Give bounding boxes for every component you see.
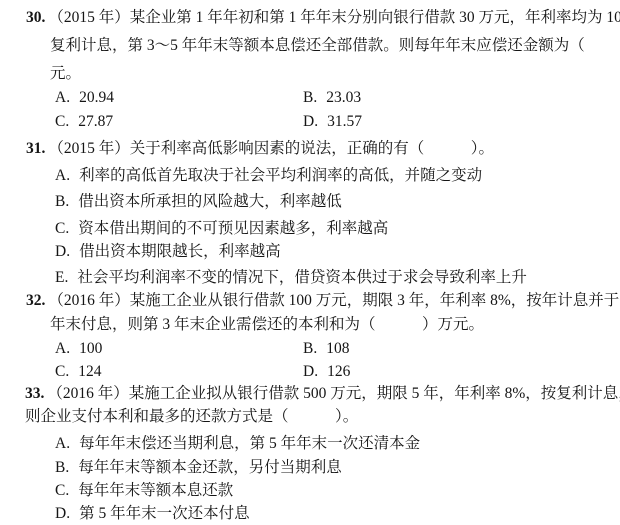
question-30-line-3: 元。 xyxy=(50,64,81,83)
question-32-option-c: C.124 xyxy=(55,362,101,381)
question-31-option-b: B.借出资本所承担的风险越大，利率越低 xyxy=(55,192,342,211)
question-30-option-d: D.31.57 xyxy=(303,112,362,131)
question-33-option-a: A.每年年末偿还当期利息，第 5 年年末一次还清本金 xyxy=(55,434,420,453)
option-label: C. xyxy=(55,113,69,130)
option-text: 100 xyxy=(79,340,102,357)
question-32-line-1: 32.（2016 年）某施工企业从银行借款 100 万元，期限 3 年，年利率 … xyxy=(26,291,620,310)
option-label: D. xyxy=(303,363,318,380)
option-label: B. xyxy=(303,340,317,357)
question-32-option-d: D.126 xyxy=(303,362,350,381)
option-text: 借出资本期限越长，利率越高 xyxy=(79,243,281,260)
question-30-line-2: 复利计息，第 3～5 年年末等额本息偿还全部借款。则每年年末应偿还金额为（ ）万 xyxy=(50,36,620,55)
option-text: 27.87 xyxy=(78,113,113,130)
question-33-line-2: 则企业支付本利和最多的还款方式是（ ）。 xyxy=(25,407,358,426)
option-label: B. xyxy=(303,89,317,106)
option-label: C. xyxy=(55,220,69,237)
option-text: 126 xyxy=(327,363,350,380)
question-31-line-1: 31.（2015 年）关于利率高低影响因素的说法，正确的有（ ）。 xyxy=(26,139,494,158)
option-label: A. xyxy=(55,89,70,106)
question-31-option-d: D.借出资本期限越长，利率越高 xyxy=(55,242,281,261)
question-32-option-a: A.100 xyxy=(55,339,102,358)
question-33-stem-1: （2016 年）某施工企业拟从银行借款 500 万元，期限 5 年，年利率 8%… xyxy=(47,385,620,402)
option-text: 借出资本所承担的风险越大，利率越低 xyxy=(78,193,342,210)
option-text: 124 xyxy=(78,363,101,380)
option-label: A. xyxy=(55,435,70,452)
option-text: 每年年末偿还当期利息，第 5 年年末一次还清本金 xyxy=(79,435,420,452)
question-30-stem-3: 元。 xyxy=(50,65,81,82)
option-label: C. xyxy=(55,363,69,380)
question-30-line-1: 30.（2015 年）某企业第 1 年年初和第 1 年年末分别向银行借款 30 … xyxy=(26,8,620,27)
option-label: B. xyxy=(55,459,69,476)
question-30-stem-1: （2015 年）某企业第 1 年年初和第 1 年年末分别向银行借款 30 万元，… xyxy=(48,9,620,26)
question-33-number: 33. xyxy=(25,385,44,402)
option-text: 资本借出期间的不可预见因素越多，利率越高 xyxy=(78,220,388,237)
question-33-option-d: D.第 5 年年末一次还本付息 xyxy=(55,504,250,523)
question-31-option-e: E.社会平均利润率不变的情况下，借贷资本供过于求会导致利率上升 xyxy=(55,268,527,287)
option-text: 108 xyxy=(326,340,349,357)
question-32-stem-1: （2016 年）某施工企业从银行借款 100 万元，期限 3 年，年利率 8%，… xyxy=(48,292,620,309)
option-label: A. xyxy=(55,167,70,184)
option-label: D. xyxy=(55,243,70,260)
question-30-stem-2: 复利计息，第 3～5 年年末等额本息偿还全部借款。则每年年末应偿还金额为（ ）万 xyxy=(50,37,620,54)
option-text: 23.03 xyxy=(326,89,361,106)
question-33-line-1: 33.（2016 年）某施工企业拟从银行借款 500 万元，期限 5 年，年利率… xyxy=(25,384,620,403)
document-page: 30.（2015 年）某企业第 1 年年初和第 1 年年末分别向银行借款 30 … xyxy=(0,0,620,525)
question-32-line-2: 年末付息，则第 3 年末企业需偿还的本利和为（ ）万元。 xyxy=(50,315,484,334)
option-text: 31.57 xyxy=(327,113,362,130)
question-33-option-b: B.每年年末等额本金还款，另付当期利息 xyxy=(55,458,342,477)
question-33-option-c: C.每年年末等额本息还款 xyxy=(55,481,233,500)
option-text: 社会平均利润率不变的情况下，借贷资本供过于求会导致利率上升 xyxy=(77,269,527,286)
option-text: 每年年末等额本息还款 xyxy=(78,482,233,499)
question-32-stem-2: 年末付息，则第 3 年末企业需偿还的本利和为（ ）万元。 xyxy=(50,316,484,333)
option-text: 第 5 年年末一次还本付息 xyxy=(79,505,250,522)
option-label: D. xyxy=(55,505,70,522)
option-label: C. xyxy=(55,482,69,499)
question-30-option-a: A.20.94 xyxy=(55,88,114,107)
question-31-option-a: A.利率的高低首先取决于社会平均利润率的高低，并随之变动 xyxy=(55,166,482,185)
option-label: D. xyxy=(303,113,318,130)
option-label: B. xyxy=(55,193,69,210)
option-label: E. xyxy=(55,269,68,286)
option-text: 利率的高低首先取决于社会平均利润率的高低，并随之变动 xyxy=(79,167,482,184)
question-30-option-b: B.23.03 xyxy=(303,88,361,107)
option-label: A. xyxy=(55,340,70,357)
option-text: 每年年末等额本金还款，另付当期利息 xyxy=(78,459,342,476)
question-30-option-c: C.27.87 xyxy=(55,112,113,131)
question-33-stem-2: 则企业支付本利和最多的还款方式是（ ）。 xyxy=(25,408,358,425)
question-31-number: 31. xyxy=(26,140,45,157)
option-text: 20.94 xyxy=(79,89,114,106)
question-32-number: 32. xyxy=(26,292,45,309)
question-31-stem-1: （2015 年）关于利率高低影响因素的说法，正确的有（ ）。 xyxy=(48,140,494,157)
question-30-number: 30. xyxy=(26,9,45,26)
question-32-option-b: B.108 xyxy=(303,339,349,358)
question-31-option-c: C.资本借出期间的不可预见因素越多，利率越高 xyxy=(55,219,388,238)
